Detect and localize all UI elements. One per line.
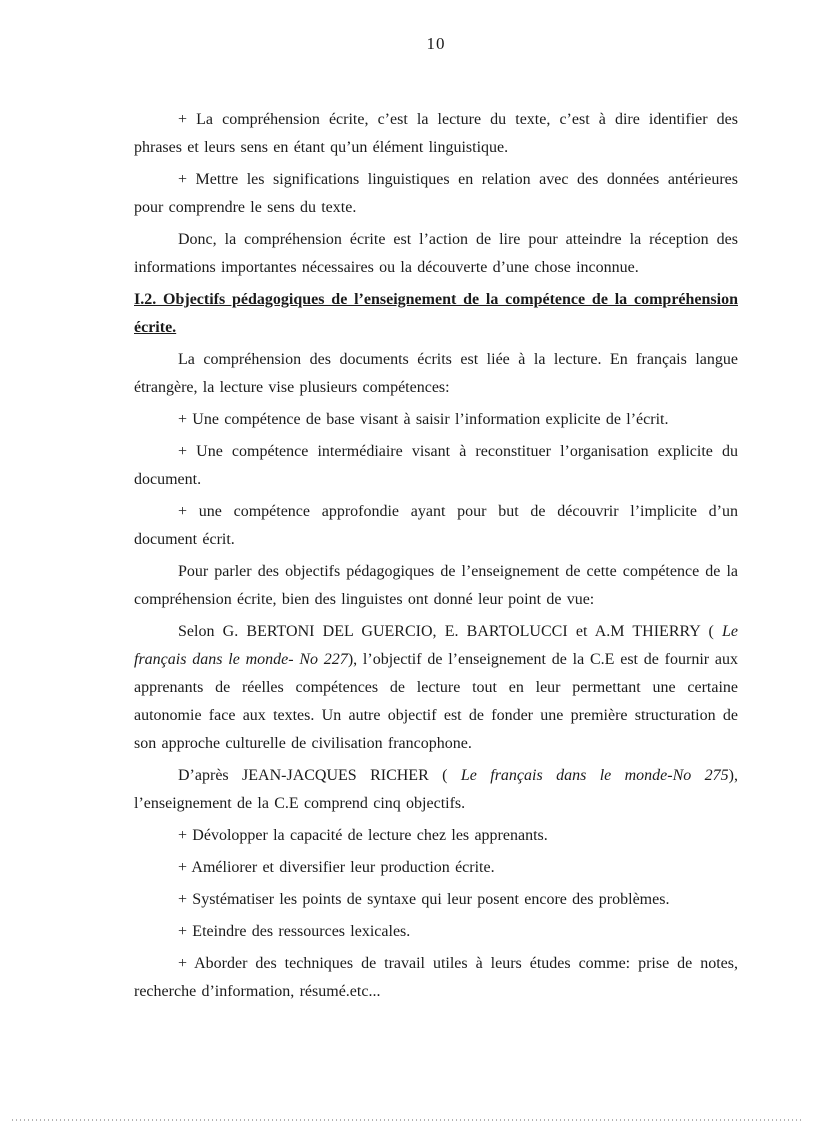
bullet-paragraph: + La compréhension écrite, c’est la lect… [134,106,738,162]
paragraph-text: Pour parler des objectifs pédagogiques d… [134,563,738,608]
paragraph-text: + Eteindre des ressources lexicales. [178,923,410,940]
bullet-paragraph: + Eteindre des ressources lexicales. [134,918,738,946]
paragraph: Pour parler des objectifs pédagogiques d… [134,558,738,614]
paragraph-text: + Une compétence de base visant à saisir… [178,411,668,428]
section-heading-line-2: écrite. [134,314,738,342]
paragraph-text: + Systématiser les points de syntaxe qui… [178,891,669,908]
bullet-paragraph: + Une compétence intermédiaire visant à … [134,438,738,494]
bullet-paragraph: + Mettre les significations linguistique… [134,166,738,222]
section-heading-line-1: I.2. Objectifs pédagogiques de l’enseign… [134,286,738,314]
page-body: + La compréhension écrite, c’est la lect… [134,106,738,1006]
paragraph: Donc, la compréhension écrite est l’acti… [134,226,738,282]
page-bottom-dotted-line [12,1119,804,1121]
paragraph-text: + La compréhension écrite, c’est la lect… [134,111,738,156]
paragraph-text: + Améliorer et diversifier leur producti… [178,859,495,876]
page-number: 10 [134,34,738,54]
paragraph-text: La compréhension des documents écrits es… [134,351,738,396]
paragraph-text: Selon G. BERTONI DEL GUERCIO, E. BARTOLU… [178,623,722,640]
bullet-paragraph: + une compétence approfondie ayant pour … [134,498,738,554]
document-page: 10 + La compréhension écrite, c’est la l… [0,0,816,1123]
paragraph-text: D’après JEAN-JACQUES RICHER ( [178,767,461,784]
section-heading: I.2. Objectifs pédagogiques de l’enseign… [134,286,738,342]
bullet-paragraph: + Systématiser les points de syntaxe qui… [134,886,738,914]
citation-paragraph: D’après JEAN-JACQUES RICHER ( Le françai… [134,762,738,818]
bullet-paragraph: + Dévolopper la capacité de lecture chez… [134,822,738,850]
paragraph-text: + Mettre les significations linguistique… [134,171,738,216]
citation-paragraph: Selon G. BERTONI DEL GUERCIO, E. BARTOLU… [134,618,738,758]
citation-title-italic: Le français dans le monde-No 275 [461,767,729,784]
paragraph-text: + Une compétence intermédiaire visant à … [134,443,738,488]
bullet-paragraph: + Une compétence de base visant à saisir… [134,406,738,434]
paragraph-text: Donc, la compréhension écrite est l’acti… [134,231,738,276]
paragraph-text: + une compétence approfondie ayant pour … [134,503,738,548]
paragraph-text: + Dévolopper la capacité de lecture chez… [178,827,548,844]
paragraph-text: + Aborder des techniques de travail util… [134,955,738,1000]
bullet-paragraph: + Aborder des techniques de travail util… [134,950,738,1006]
bullet-paragraph: + Améliorer et diversifier leur producti… [134,854,738,882]
paragraph: La compréhension des documents écrits es… [134,346,738,402]
